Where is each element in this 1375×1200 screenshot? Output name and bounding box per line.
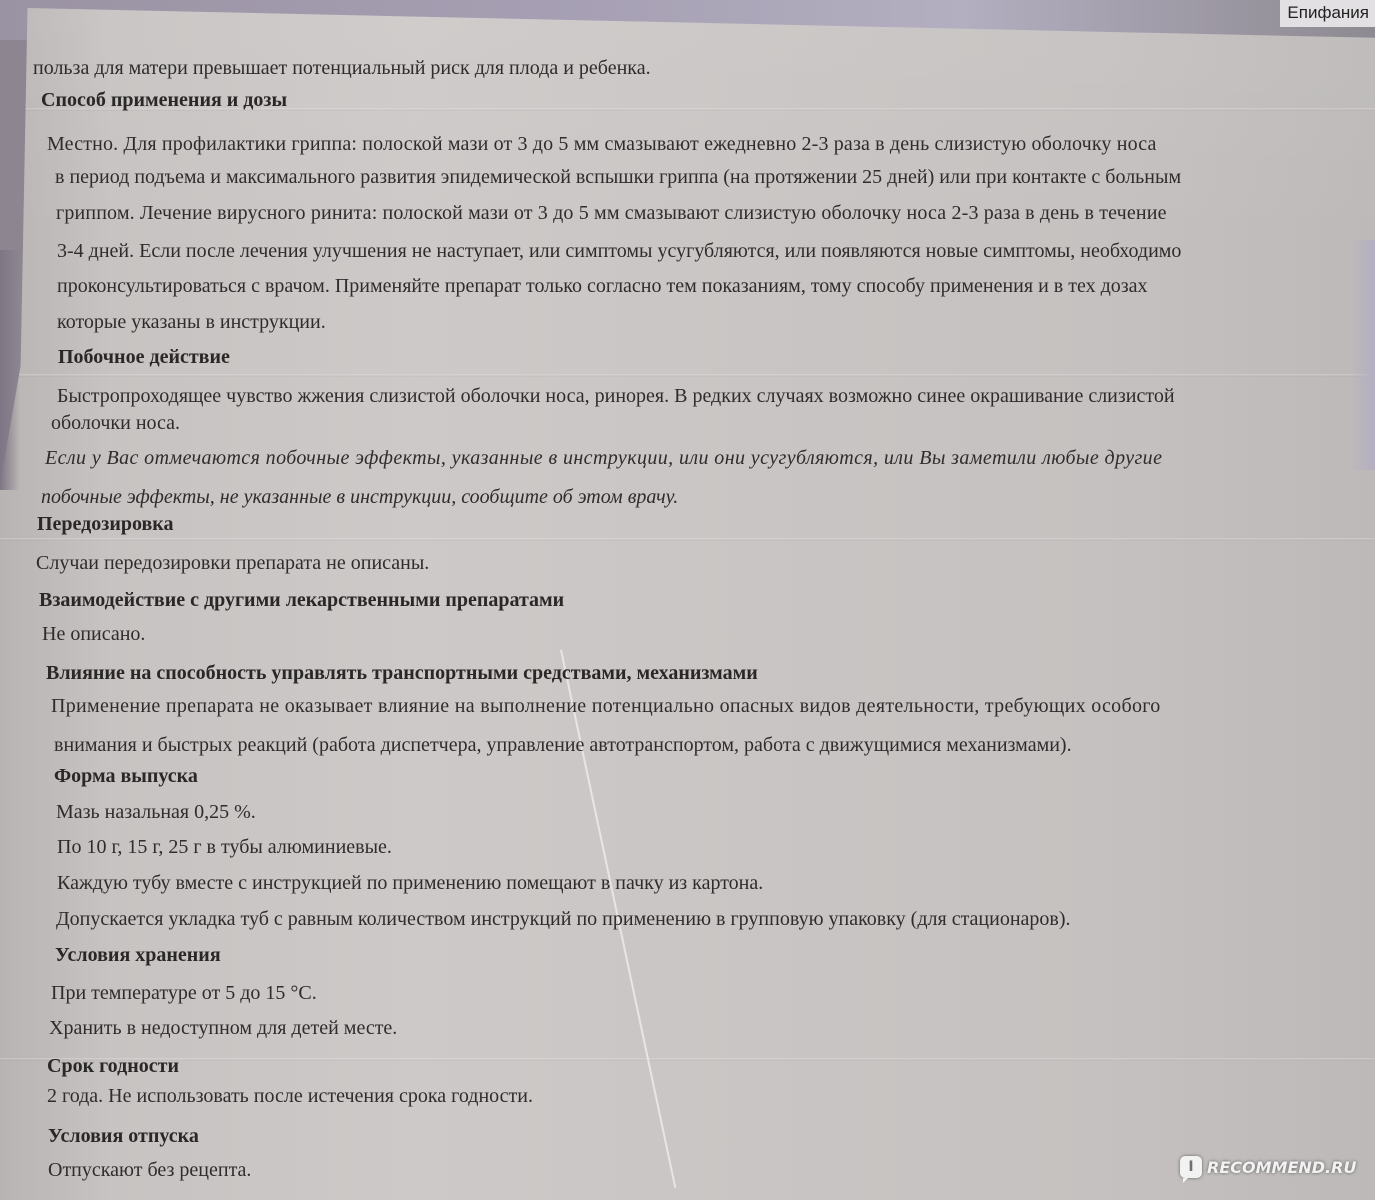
site-watermark-text: RECOMMEND.RU (1207, 1158, 1356, 1177)
page-edge-shadow (0, 250, 20, 490)
side-effects-text: оболочки носа. (51, 411, 180, 435)
storage-text: При температуре от 5 до 15 °С. (51, 981, 317, 1005)
section-title-release-form: Форма выпуска (54, 764, 198, 788)
fold-crease (0, 538, 1375, 541)
driving-text: внимания и быстрых реакций (работа диспе… (54, 733, 1072, 757)
dosage-text: проконсультироваться с врачом. Применяйт… (57, 274, 1148, 298)
site-watermark: I RECOMMEND.RU (1180, 1156, 1356, 1178)
storage-text: Хранить в недоступном для детей месте. (49, 1016, 397, 1040)
driving-text: Применение препарата не оказывает влияни… (51, 694, 1161, 718)
overdose-text: Случаи передозировки препарата не описан… (36, 551, 429, 575)
dosage-text: 3-4 дней. Если после лечения улучшения н… (57, 239, 1181, 263)
section-title-dispensing: Условия отпуска (48, 1124, 199, 1148)
section-title-overdose: Передозировка (37, 512, 174, 536)
side-effects-note: побочные эффекты, не указанные в инструк… (41, 485, 678, 509)
section-title-dosage: Способ применения и дозы (41, 88, 287, 112)
page-edge-shadow (1350, 240, 1375, 470)
dosage-text: в период подъема и максимального развити… (55, 165, 1181, 189)
dosage-text: гриппом. Лечение вирусного ринита: полос… (56, 201, 1167, 225)
shelf-life-text: 2 года. Не использовать после истечения … (47, 1084, 533, 1108)
fold-crease (0, 1058, 1375, 1061)
release-form-text: Каждую тубу вместе с инструкцией по прим… (57, 871, 763, 895)
section-title-driving: Влияние на способность управлять транспо… (46, 661, 758, 685)
dosage-text: которые указаны в инструкции. (57, 310, 326, 334)
interactions-text: Не описано. (42, 622, 145, 646)
fold-crease (0, 374, 1375, 377)
dosage-text: Местно. Для профилактики гриппа: полоско… (47, 132, 1157, 156)
side-effects-text: Быстропроходящее чувство жжения слизисто… (57, 384, 1175, 408)
intro-text: польза для матери превышает потенциальны… (33, 56, 651, 80)
speech-bubble-i-icon: I (1180, 1156, 1202, 1178)
side-effects-note: Если у Вас отмечаются побочные эффекты, … (45, 446, 1162, 470)
release-form-text: Допускается укладка туб с равным количес… (56, 907, 1071, 931)
section-title-shelf-life: Срок годности (47, 1054, 179, 1078)
section-title-storage: Условия хранения (55, 943, 221, 967)
dispensing-text: Отпускают без рецепта. (48, 1158, 251, 1182)
release-form-text: По 10 г, 15 г, 25 г в тубы алюминиевые. (57, 835, 392, 859)
release-form-text: Мазь назальная 0,25 %. (56, 800, 256, 824)
author-watermark: Епифания (1280, 0, 1375, 27)
section-title-side-effects: Побочное действие (58, 345, 230, 369)
section-title-interactions: Взаимодействие с другими лекарственными … (39, 588, 564, 612)
